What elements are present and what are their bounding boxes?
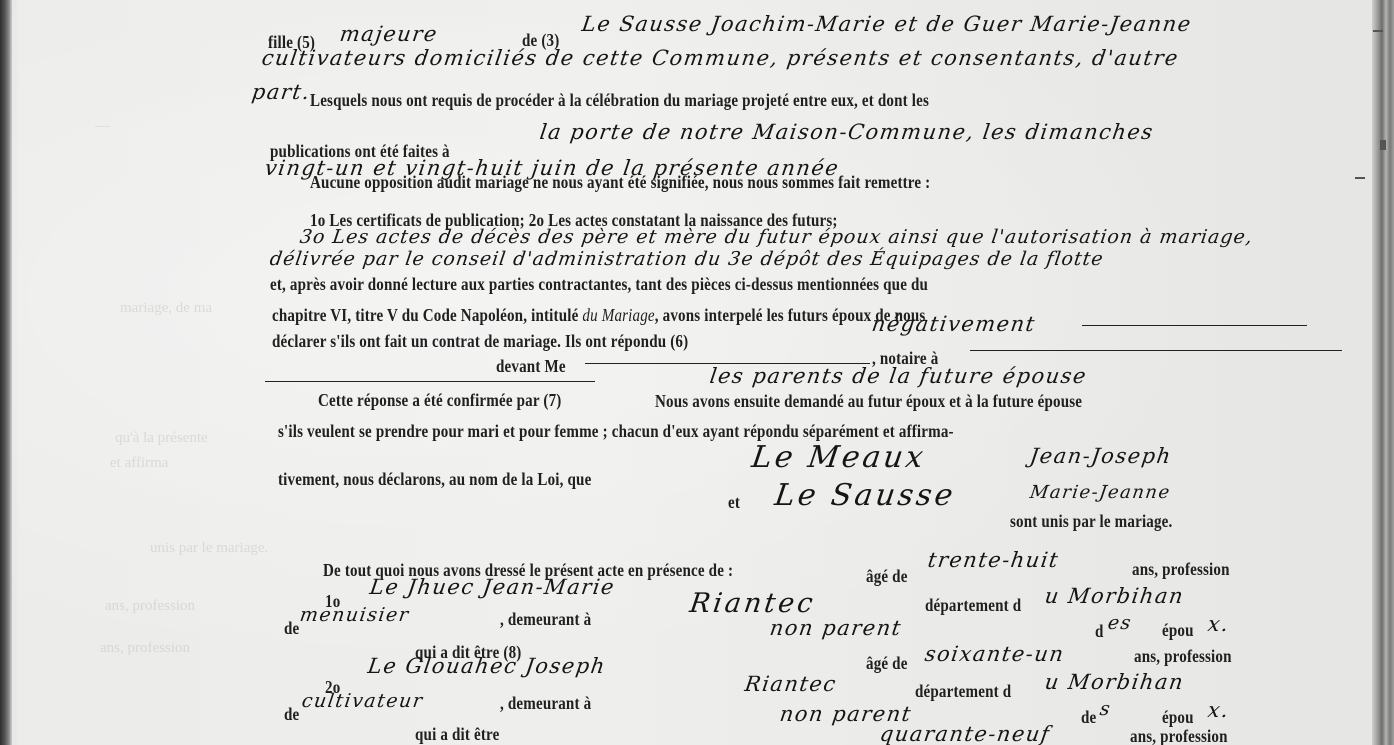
hw-parents-line1: Le Sausse Joachim-Marie et de Guer Marie…: [580, 12, 1193, 36]
margin-mark: [1355, 177, 1365, 179]
hw-majeure: majeure: [338, 22, 439, 46]
printed-w2-de: de: [284, 704, 299, 725]
margin-mark: [1373, 30, 1383, 32]
blank-line: [1082, 325, 1307, 326]
page-left-edge: [0, 0, 12, 745]
printed-chapitre: chapitre VI, titre V du Code Napoléon, i…: [272, 305, 925, 326]
hw-w1-lieu: Riantec: [688, 588, 818, 619]
hw-w2-name: Le Glouahec Joseph: [366, 654, 607, 678]
hw-w2-s: s: [1098, 698, 1112, 720]
printed-w1-ans: ans, profession: [1132, 559, 1230, 580]
printed-chapitre-a: chapitre VI, titre V du Code Napoléon, i…: [272, 305, 578, 325]
hw-pieces-line2: délivrée par le conseil d'administration…: [268, 248, 1105, 270]
hw-w1-name: Le Jhuec Jean-Marie: [368, 575, 616, 599]
bleed-through-text: qu'à la présente: [115, 430, 208, 447]
blank-line: [265, 381, 595, 382]
hw-parents-line2: cultivateurs domiciliés de cette Commune…: [260, 46, 1180, 70]
printed-w1-epou: épou: [1162, 620, 1194, 641]
hw-pieces-line1: 3o Les actes de décès des père et mère d…: [298, 226, 1254, 248]
printed-w2-epou: épou: [1162, 707, 1194, 728]
printed-sils-veulent: s'ils veulent se prendre pour mari et po…: [278, 421, 954, 442]
hw-epouse-prenom: Marie-Jeanne: [1029, 482, 1173, 503]
printed-w1-de: de: [284, 618, 299, 639]
register-page: — mariage, de ma qu'à la présente et aff…: [0, 0, 1394, 745]
page-binding-edge: [1372, 0, 1394, 745]
printed-aucune-opposition: Aucune opposition audit mariage ne nous …: [310, 172, 930, 193]
bleed-through-text: ans, profession: [105, 598, 195, 615]
printed-lesquels: Lesquels nous ont requis de procéder à l…: [310, 90, 929, 111]
hw-w1-relation: non parent: [768, 616, 903, 640]
hw-w1-x: x.: [1206, 612, 1231, 636]
printed-w2-qui: qui a dit être: [415, 724, 499, 745]
margin-mark: [1380, 140, 1386, 150]
printed-w1-age-label: âgé de: [866, 566, 908, 587]
hw-epoux-nom: Le Meaux: [750, 440, 929, 475]
printed-declarer: déclarer s'ils ont fait un contrat de ma…: [272, 331, 688, 352]
hw-w1-profession: menuisier: [298, 604, 411, 626]
printed-w1-demeurant: , demeurant à: [500, 609, 591, 630]
printed-w1-dept: département d: [925, 595, 1021, 616]
bleed-through-text: ans, profession: [100, 640, 190, 657]
hw-w2-profession: cultivateur: [300, 690, 425, 712]
hw-epoux-prenom: Jean-Joseph: [1028, 444, 1173, 468]
hw-w2-age: soixante-un: [923, 642, 1066, 666]
hw-w1-age: trente-huit: [926, 548, 1060, 572]
printed-w2-ans: ans, profession: [1134, 646, 1232, 667]
printed-nous-avons: Nous avons ensuite demandé au futur épou…: [655, 391, 1082, 412]
hw-w2-lieu: Riantec: [743, 672, 838, 696]
printed-w2-de-s: de: [1081, 707, 1096, 728]
printed-w2-demeurant: , demeurant à: [500, 693, 591, 714]
hw-epouse-nom: Le Sausse: [773, 478, 958, 513]
printed-tivement: tivement, nous déclarons, au nom de la L…: [278, 469, 591, 490]
printed-w2-age-label: âgé de: [866, 653, 908, 674]
hw-publications-place: la porte de notre Maison-Commune, les di…: [538, 120, 1155, 144]
hw-w2-dept: u Morbihan: [1043, 670, 1185, 694]
printed-confirmee: Cette réponse a été confirmée par (7): [318, 390, 561, 411]
printed-du-mariage: du Mariage: [582, 305, 654, 325]
hw-w3-age: quarante-neuf: [878, 722, 1052, 745]
printed-et: et: [728, 492, 740, 513]
hw-reponse: négativement: [870, 312, 1037, 336]
blank-line: [970, 350, 1342, 351]
printed-lecture: et, après avoir donné lecture aux partie…: [270, 274, 928, 295]
hw-w1-es: es: [1106, 612, 1133, 634]
bleed-through-text: unis par le mariage.: [150, 540, 268, 557]
printed-w1-d: d: [1095, 621, 1104, 642]
bleed-through-text: mariage, de ma: [120, 300, 212, 317]
hw-w1-dept: u Morbihan: [1043, 584, 1185, 608]
printed-unis: sont unis par le mariage.: [1010, 511, 1172, 532]
printed-w3-ans: ans, profession: [1130, 726, 1228, 745]
bleed-through-text: et affirma: [110, 455, 168, 472]
bleed-through-text: —: [95, 118, 110, 135]
hw-parents-line3: part.: [250, 80, 312, 104]
printed-w2-dept: département d: [915, 681, 1011, 702]
hw-w2-x: x.: [1206, 698, 1231, 722]
hw-confirme-par: les parents de la future épouse: [708, 364, 1088, 388]
printed-devant: devant Me: [496, 356, 566, 377]
